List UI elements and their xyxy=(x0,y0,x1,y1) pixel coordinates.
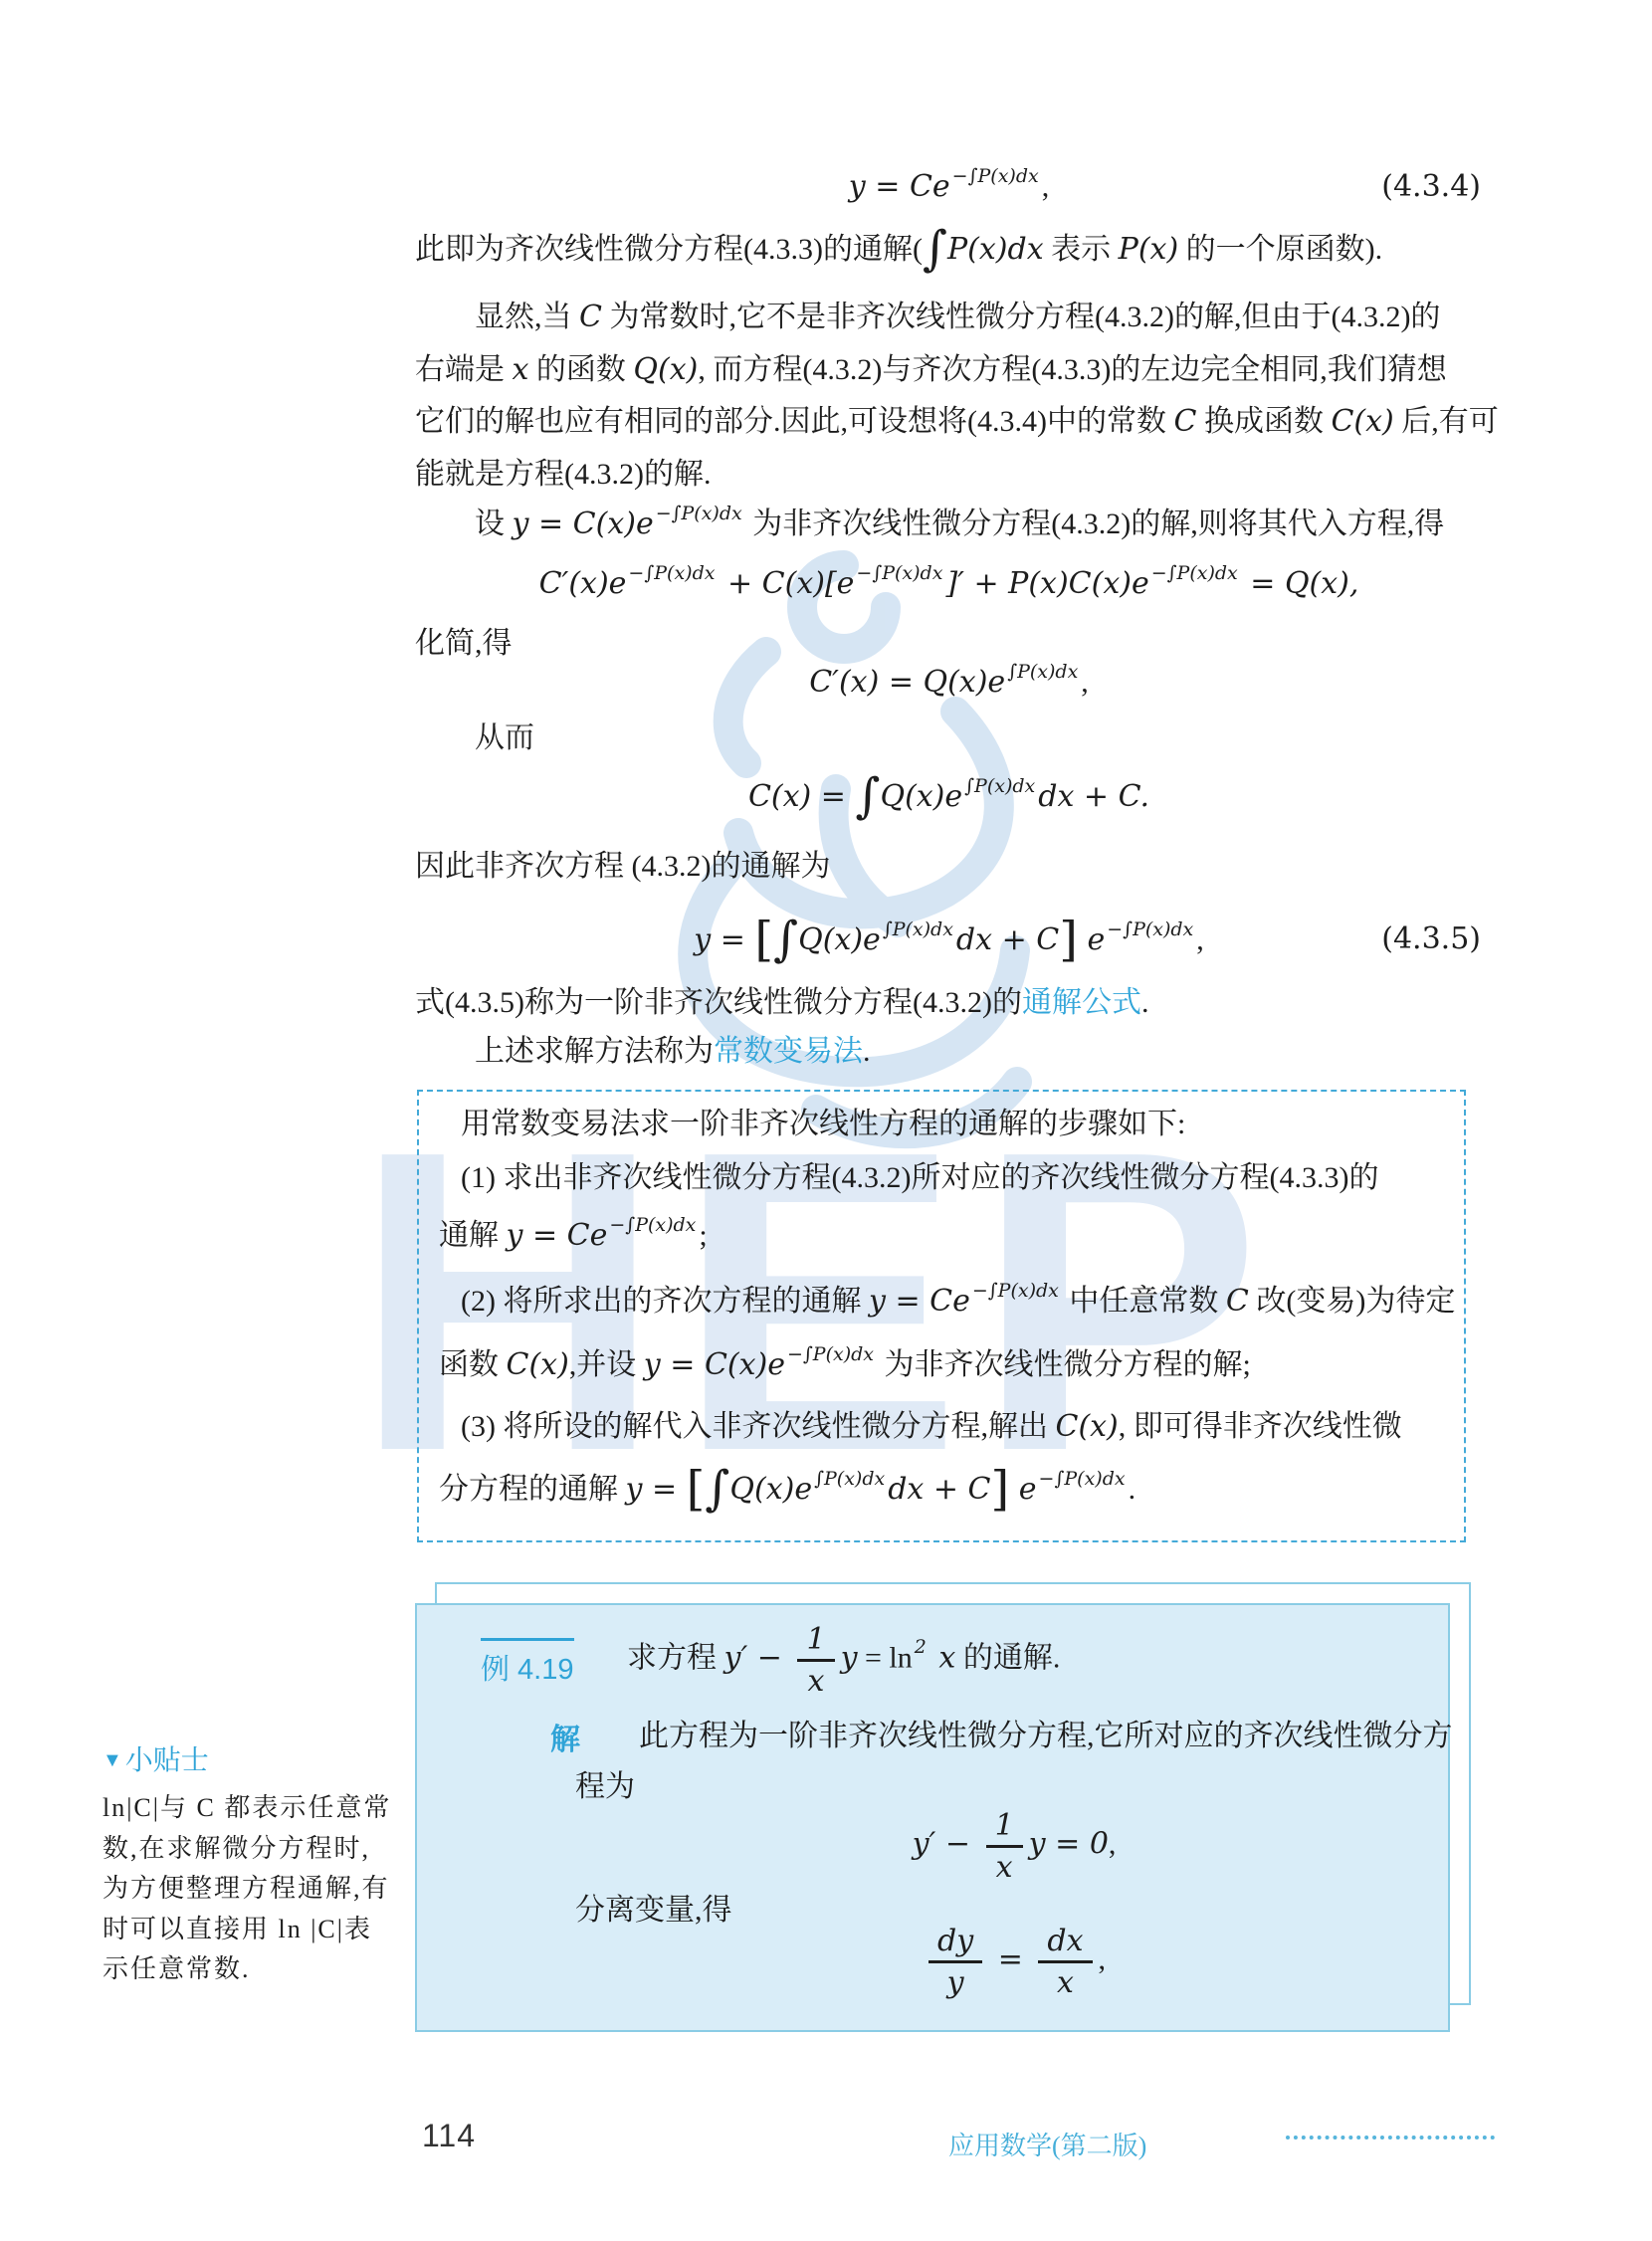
step-intro-line: 用常数变易法求一阶非齐次线性方程的通解的步骤如下: xyxy=(461,1103,1185,1146)
solution-label: 解 xyxy=(550,1715,580,1758)
tip-line-4: 时可以直接用 ln |C|表 xyxy=(103,1910,393,1950)
footer-dotted-line xyxy=(1286,2136,1495,2139)
footer-book-title: 应用数学(第二版) xyxy=(948,2126,1146,2162)
label-simplify: 化简,得 xyxy=(415,622,513,666)
step-3-line-cont: 分方程的通解 y = [∫Q(x)e∫P(x)dxdx + C] e−∫P(x)… xyxy=(439,1467,1136,1515)
tip-line-1: ln|C|与 C 都表示任意常 xyxy=(103,1788,393,1829)
paragraph-substitution: 设 y = C(x)e−∫P(x)dx 为非齐次线性微分方程(4.3.2)的解,… xyxy=(475,503,1444,546)
solution-line-1: 此方程为一阶非齐次线性微分方程,它所对应的齐次线性微分方 xyxy=(639,1715,1453,1758)
step-1-line: (1) 求出非齐次线性微分方程(4.3.2)所对应的齐次线性微分方程(4.3.3… xyxy=(461,1156,1378,1200)
step-2-line-cont: 函数 C(x),并设 y = C(x)e−∫P(x)dx 为非齐次线性微分方程的… xyxy=(439,1343,1251,1390)
step-1-line-cont: 通解 y = Ce−∫P(x)dx; xyxy=(439,1214,708,1261)
step-2-line: (2) 将所求出的齐次方程的通解 y = Ce−∫P(x)dx 中任意常数 C … xyxy=(461,1280,1455,1326)
triangle-down-icon: ▼ xyxy=(103,1749,122,1771)
tip-box: ▼小贴士 ln|C|与 C 都表示任意常 数,在求解微分方程时, 为方便整理方程… xyxy=(103,1738,393,1990)
equation-number-4-3-5: (4.3.5) xyxy=(1381,917,1481,961)
paragraph-therefore: 因此非齐次方程 (4.3.2)的通解为 xyxy=(415,845,830,889)
label-thus: 从而 xyxy=(475,716,534,760)
equation-4-3-4-body: y = Ce−∫P(x)dx, xyxy=(849,170,1049,203)
steps-box: 用常数变易法求一阶非齐次线性方程的通解的步骤如下: (1) 求出非齐次线性微分方… xyxy=(417,1090,1466,1542)
tip-line-5: 示任意常数. xyxy=(103,1949,393,1990)
equation-substituted: C′(x)e−∫P(x)dx + C(x)[e−∫P(x)dx]′ + P(x)… xyxy=(415,562,1483,609)
example-label: 例 4.19 xyxy=(481,1638,574,1688)
tip-title: ▼小贴士 xyxy=(103,1738,393,1778)
tip-line-3: 为方便整理方程通解,有 xyxy=(103,1869,393,1910)
textbook-page: HEP y = Ce−∫P(x)dx, (4.3.4) 此即为齐次线性微分方程(… xyxy=(0,0,1652,2241)
example-equation-separated: dyy = dxx, xyxy=(576,1925,1452,1999)
paragraph-general-solution-note: 此即为齐次线性微分方程(4.3.3)的通解(∫P(x)dx 表示 P(x) 的一… xyxy=(415,227,1382,271)
equation-number-4-3-4: (4.3.4) xyxy=(1381,165,1481,209)
equation-4-3-4: y = Ce−∫P(x)dx, (4.3.4) xyxy=(415,165,1483,212)
paragraph-motivation-line-3: 它们的解也应有相同的部分.因此,可设想将(4.3.4)中的常数 C 换成函数 C… xyxy=(415,400,1499,444)
footer-page-number: 114 xyxy=(422,2118,476,2154)
example-equation-homogeneous: y′ − 1xy = 0, xyxy=(576,1809,1452,1884)
example-title: 求方程 y′ − 1xy = ln2 x 的通解. xyxy=(627,1623,1060,1698)
paragraph-motivation-line-2: 右端是 x 的函数 Q(x), 而方程(4.3.2)与齐次方程(4.3.3)的左… xyxy=(415,348,1447,392)
equation-c-of-x: C(x) = ∫Q(x)e∫P(x)dxdx + C. xyxy=(415,774,1483,822)
tip-line-2: 数,在求解微分方程时, xyxy=(103,1829,393,1870)
example-card: 例 4.19 求方程 y′ − 1xy = ln2 x 的通解. 解 此方程为一… xyxy=(415,1603,1450,2032)
equation-c-prime: C′(x) = Q(x)e∫P(x)dx, xyxy=(415,661,1483,708)
tip-title-text: 小贴士 xyxy=(125,1744,209,1775)
solution-line-2: 程为 xyxy=(575,1765,635,1809)
paragraph-method-name: 上述求解方法称为常数变易法. xyxy=(475,1030,871,1074)
equation-4-3-5-body: y = [∫Q(x)e∫P(x)dxdx + C] e−∫P(x)dx, xyxy=(694,923,1204,956)
step-3-line: (3) 将所设的解代入非齐次线性微分方程,解出 C(x), 即可得非齐次线性微 xyxy=(461,1405,1402,1449)
paragraph-formula-name: 式(4.3.5)称为一阶非齐次线性微分方程(4.3.2)的通解公式. xyxy=(415,981,1148,1025)
equation-4-3-5: y = [∫Q(x)e∫P(x)dxdx + C] e−∫P(x)dx, (4.… xyxy=(415,917,1483,965)
paragraph-motivation-line-1: 显然,当 C 为常数时,它不是非齐次线性微分方程(4.3.2)的解,但由于(4.… xyxy=(475,296,1440,339)
paragraph-motivation-line-4: 能就是方程(4.3.2)的解. xyxy=(415,453,711,497)
